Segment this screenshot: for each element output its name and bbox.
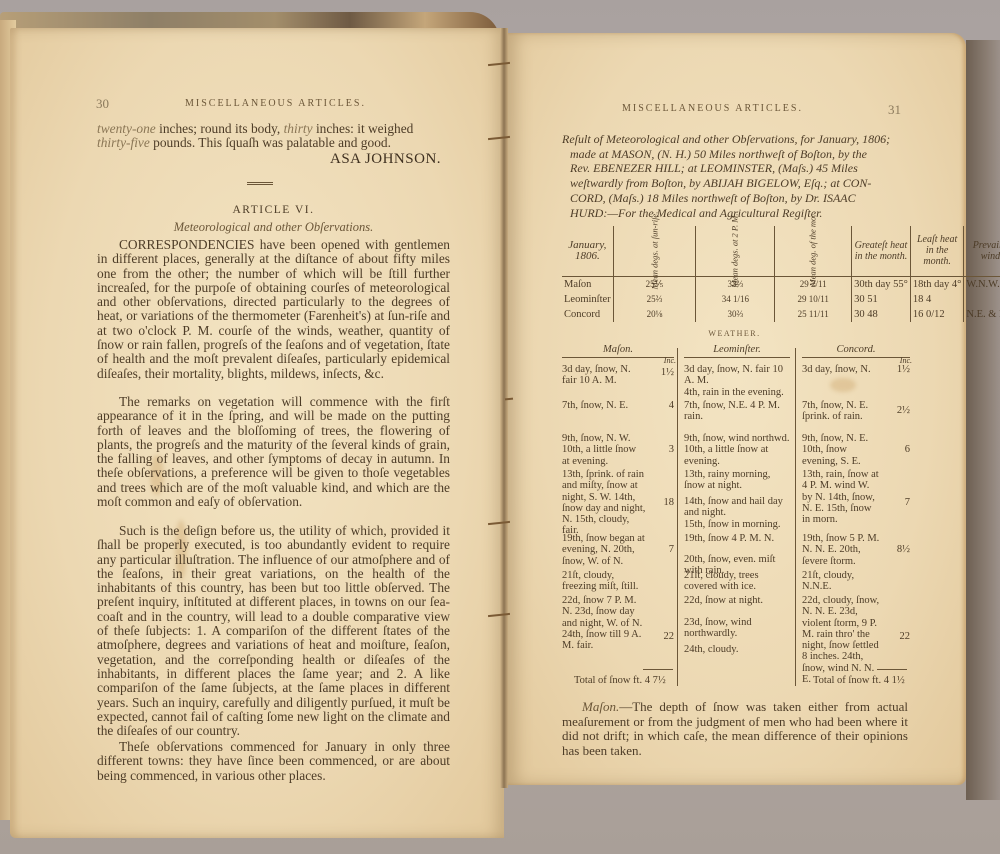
carryover-text: twenty-one inches; round its body, thirt… bbox=[97, 122, 450, 151]
weather-entry: 3d day, ſnow, N.1½ bbox=[802, 364, 910, 375]
weather-column-concord: Concord.Inc. 3d day, ſnow, N.1½ 7th, ſno… bbox=[802, 344, 910, 684]
weather-entry: 22d, ſnow 7 P. M. N. 23d, ſnow day and n… bbox=[562, 595, 674, 651]
weather-entry: 9th, ſnow, N. W. 10th, a little ſnow at … bbox=[562, 433, 674, 467]
table-row: Maſon 25⅕ 33⅔ 29 2/11 30th day 55° 18th … bbox=[562, 276, 1000, 292]
column-divider bbox=[677, 348, 678, 686]
paragraph: The remarks on vegetation will commence … bbox=[97, 395, 450, 509]
weather-entry: 22d, cloudy, ſnow, N. N. E. 23d, violent… bbox=[802, 595, 910, 685]
summary-table: January, 1806. Mean degs. at ſun-riſe. M… bbox=[562, 226, 1000, 322]
section-divider bbox=[247, 182, 273, 185]
weather-entry: 24th, cloudy. bbox=[684, 644, 790, 655]
page-number: 30 bbox=[96, 96, 109, 112]
weather-entry: 19th, ſnow 5 P. M. N. N. E. 20th, ſevere… bbox=[802, 533, 910, 567]
weather-entry: 4th, rain in the evening. bbox=[684, 387, 790, 398]
weather-entry: 21ſt, cloudy, trees covered with ice. bbox=[684, 570, 790, 593]
weather-entry: 13th, ſprink. of rain and miſty, ſnow at… bbox=[562, 469, 674, 537]
paragraph: CORRESPONDENCIES have been opened with g… bbox=[97, 238, 450, 381]
weather-entry: 3d day, ſnow, N. fair 10 A. M.1½ bbox=[562, 364, 674, 387]
concord-snow-total: Total of ſnow ft. 4 1½ bbox=[813, 675, 905, 686]
weather-entry: 19th, ſnow began at evening, N. 20th, ſn… bbox=[562, 533, 674, 567]
weather-entry: 9th, ſnow, N. E. 10th, ſnow evening, S. … bbox=[802, 433, 910, 467]
book-cover-right-edge bbox=[966, 40, 1000, 800]
total-rule bbox=[643, 669, 673, 670]
mason-snow-total: Total of ſnow ft. 4 7½ bbox=[574, 675, 666, 686]
weather-entry: 3d day, ſnow, N. fair 10 A. M. bbox=[684, 364, 790, 387]
paragraph: Theſe obſervations commenced for January… bbox=[97, 740, 450, 783]
weather-column-leominster: Leominſter. 3d day, ſnow, N. fair 10 A. … bbox=[684, 344, 790, 684]
weather-entry: 21ſt, cloudy, N.N.E. bbox=[802, 570, 910, 593]
table-title: Reſult of Meteorological and other Obſer… bbox=[562, 132, 907, 220]
weather-column-mason: Maſon.Inc. 3d day, ſnow, N. fair 10 A. M… bbox=[562, 344, 674, 684]
weather-entry: 19th, ſnow 4 P. M. N. bbox=[684, 533, 790, 544]
running-head: MISCELLANEOUS ARTICLES. bbox=[622, 103, 803, 114]
weather-entry: 21ſt, cloudy, freezing miſt, ſtill. bbox=[562, 570, 674, 593]
weather-entry: 7th, ſnow, N. E.4 bbox=[562, 400, 674, 411]
weather-entry: 9th, ſnow, wind northwd. 10th, a little … bbox=[684, 433, 790, 467]
article-title: ARTICLE VI. bbox=[97, 204, 450, 216]
weather-entry: 23d, ſnow, wind northwardly. bbox=[684, 617, 790, 640]
weather-entry: 13th, rain, ſnow at 4 P. M. wind W. by N… bbox=[802, 469, 910, 525]
book-gutter bbox=[500, 28, 508, 788]
author-signature: ASA JOHNSON. bbox=[330, 151, 441, 168]
total-rule bbox=[877, 669, 907, 670]
table-row: Concord 20⅛ 30⅔ 25 11/11 30 48 16 0/12 N… bbox=[562, 307, 1000, 322]
weather-entry: 22d, ſnow at night. bbox=[684, 595, 790, 606]
weather-entry: 15th, ſnow in morning. bbox=[684, 519, 790, 530]
footnote: Maſon.—The depth of ſnow was taken eithe… bbox=[562, 700, 908, 758]
weather-entry: 7th, ſnow, N. E. ſprink. of rain.2½ bbox=[802, 400, 910, 423]
article-subtitle: Meteorological and other Obſervations. bbox=[97, 220, 450, 235]
weather-entry: 14th, ſnow and hail day and night. bbox=[684, 496, 790, 519]
page-number: 31 bbox=[888, 102, 901, 118]
running-head: MISCELLANEOUS ARTICLES. bbox=[185, 98, 366, 109]
table-header-row: January, 1806. Mean degs. at ſun-riſe. M… bbox=[562, 226, 1000, 276]
weather-heading: WEATHER. bbox=[562, 329, 907, 338]
column-divider bbox=[795, 348, 796, 686]
table-row: Leominſter 25⅔ 34 1/16 29 10/11 30 51 18… bbox=[562, 292, 1000, 307]
weather-entry: 7th, ſnow, N.E. 4 P. M. rain. bbox=[684, 400, 790, 423]
paragraph: Such is the deſign before us, the utilit… bbox=[97, 524, 450, 738]
weather-entry: 13th, rainy morning, ſnow at night. bbox=[684, 469, 790, 492]
